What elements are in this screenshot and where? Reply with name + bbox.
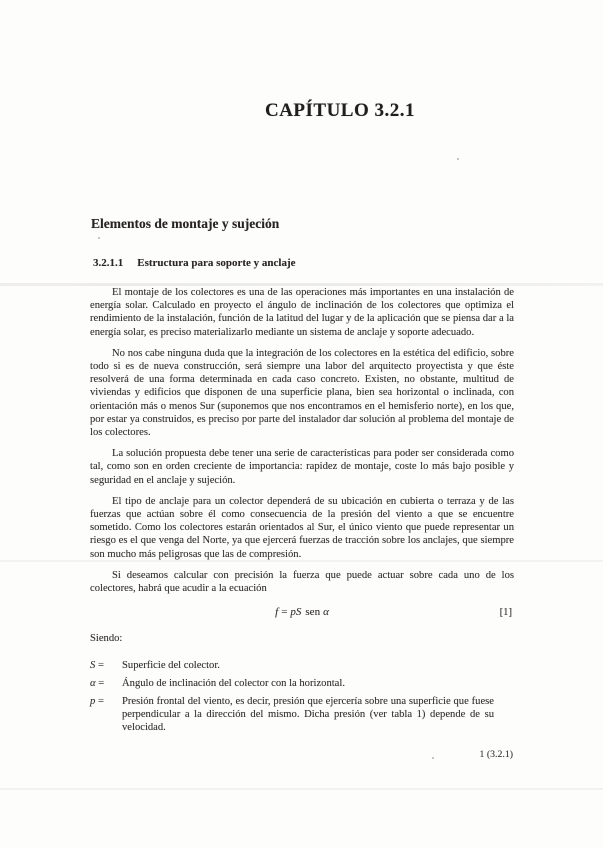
subsection-heading: 3.2.1.1Estructura para soporte y anclaje bbox=[93, 257, 296, 269]
scanned-document-page: CAPÍTULO 3.2.1 Elementos de montaje y su… bbox=[0, 0, 603, 848]
symbol-alpha: α bbox=[90, 678, 96, 689]
symbol-S: S bbox=[90, 660, 95, 671]
equals-sign: = bbox=[98, 696, 104, 707]
paragraph-3: La solución propuesta debe tener una ser… bbox=[90, 447, 514, 487]
definition-symbol: S = bbox=[90, 659, 122, 672]
subsection-number: 3.2.1.1 bbox=[93, 257, 123, 269]
equation-rhs: pS bbox=[290, 606, 301, 618]
definition-symbol: α = bbox=[90, 677, 122, 690]
equation-row: f=pSsenα [1] bbox=[90, 606, 514, 622]
definition-symbol: p = bbox=[90, 695, 122, 735]
scan-speck bbox=[457, 158, 459, 160]
definitions-intro: Siendo: bbox=[90, 632, 514, 645]
definition-item-p: p = Presión frontal del viento, es decir… bbox=[90, 695, 514, 735]
body-text-column: El montaje de los colectores es una de l… bbox=[90, 286, 514, 739]
definition-text: Ángulo de inclinación del colector con l… bbox=[122, 677, 494, 690]
subsection-title: Estructura para soporte y anclaje bbox=[137, 257, 295, 269]
section-heading: Elementos de montaje y sujeción bbox=[91, 216, 279, 232]
definitions-list: S = Superficie del colector. α = Ángulo … bbox=[90, 659, 514, 734]
scan-speck bbox=[98, 237, 100, 239]
definition-item-S: S = Superficie del colector. bbox=[90, 659, 514, 672]
paragraph-2: No nos cabe ninguna duda que la integrac… bbox=[90, 347, 514, 439]
equation-number: [1] bbox=[500, 606, 512, 619]
equation-function: sen bbox=[305, 606, 320, 618]
paragraph-1: El montaje de los colectores es una de l… bbox=[90, 286, 514, 339]
equals-sign: = bbox=[98, 660, 104, 671]
equation-argument: α bbox=[323, 606, 329, 618]
symbol-p: p bbox=[90, 696, 95, 707]
equals-sign: = bbox=[98, 678, 104, 689]
chapter-title: CAPÍTULO 3.2.1 bbox=[150, 100, 530, 122]
equation-equals: = bbox=[281, 606, 287, 618]
equation-lhs: f bbox=[275, 606, 278, 618]
scan-speck bbox=[432, 757, 434, 759]
equation-formula: f=pSsenα bbox=[90, 606, 514, 619]
definition-text: Presión frontal del viento, es decir, pr… bbox=[122, 695, 494, 735]
paragraph-4: El tipo de anclaje para un colector depe… bbox=[90, 495, 514, 561]
page-reference: 1 (3.2.1) bbox=[480, 749, 513, 760]
paragraph-5: Si deseamos calcular con precisión la fu… bbox=[90, 569, 514, 595]
definition-item-alpha: α = Ángulo de inclinación del colector c… bbox=[90, 677, 514, 690]
scan-artifact-line bbox=[0, 788, 603, 790]
definition-text: Superficie del colector. bbox=[122, 659, 494, 672]
